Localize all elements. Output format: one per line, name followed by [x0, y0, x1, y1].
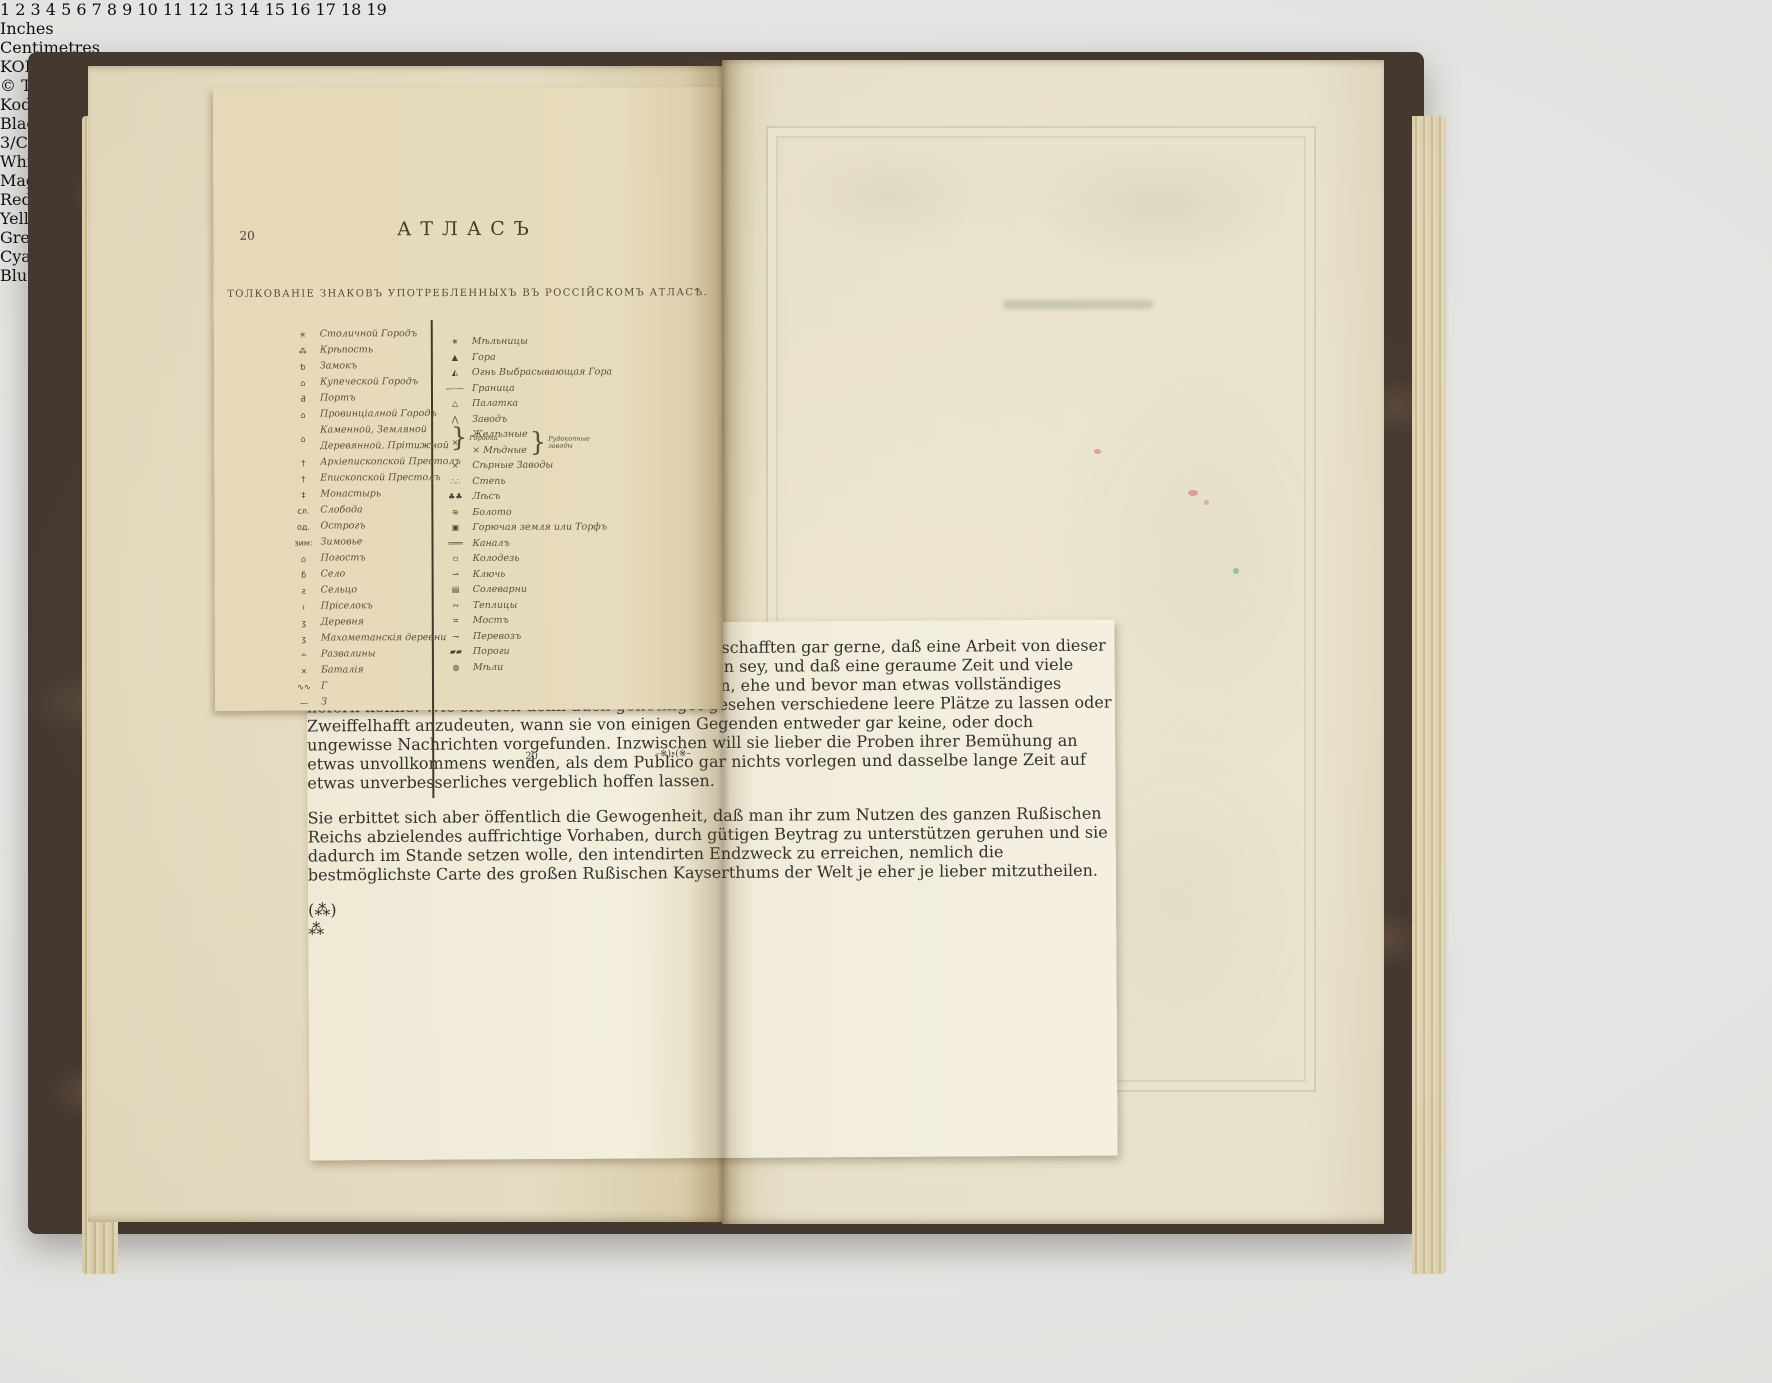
legend-label: Желѣзные [472, 427, 528, 443]
legend-symbol-icon: ⇀ [439, 570, 473, 579]
legend-label: Столичной Городъ [320, 326, 417, 342]
legend-symbol-icon: ▤ [439, 585, 473, 594]
legend-symbol-icon: ≍ [439, 616, 473, 625]
legend-item: × Желѣзные × Мѣдные } Рудокопные заводы [438, 426, 703, 458]
legend-symbol-icon: ◭ [438, 368, 472, 377]
red-mark [1204, 500, 1209, 505]
legend-item: ▲ Гора [438, 349, 703, 365]
legend-symbol-icon: ▲ [438, 353, 472, 362]
legend-symbol-icon: ʒ [287, 618, 321, 627]
legend-label: Епископской Престолъ [320, 470, 440, 486]
legend-symbol-icon: † [286, 474, 320, 483]
legend-label: Махометанскія деревни [321, 630, 447, 646]
legend-symbol-icon: ◍ [439, 663, 473, 672]
legend-label-2: × Мѣдные [472, 442, 528, 458]
legend-label: Огнь Выбрасывающая Гора [472, 364, 612, 380]
legend-symbol-icon: ▰▰ [439, 647, 473, 656]
legend-symbol-icon: ▣ [438, 523, 472, 532]
legend-label: Каменной, Земляной [320, 422, 449, 438]
legend-label: Болото [472, 504, 511, 520]
legend-label: Палатка [472, 396, 518, 412]
legend-label: Пріселокъ [321, 598, 373, 614]
legend-label: Деревня [321, 614, 364, 630]
brace-glyph: } [530, 427, 547, 457]
legend-label: Погостъ [321, 550, 366, 566]
legend-item: ▫ Колодезь [439, 550, 704, 566]
header-ornament: –※)∘(※– [625, 749, 721, 760]
brace-label: Рудокопные заводы [548, 435, 600, 449]
legend-symbol-icon: ♣♣ [438, 492, 472, 501]
scanned-book-photo: 20 –※)∘(※– Ubrigens bescheidet sich die … [0, 0, 1772, 1383]
legend-symbol-icon: ⋀ [438, 415, 472, 424]
legend-label: Степь [472, 473, 505, 489]
legend-label: Село [321, 566, 346, 582]
legend-label: Теплицы [473, 597, 518, 613]
red-mark [1188, 490, 1198, 496]
legend-symbol-icon: × [438, 461, 472, 470]
legend-item: ⇁ Перевозъ [439, 628, 704, 644]
legend-label: Горючая земля или Торфъ [472, 520, 607, 536]
legend-symbol-icon: ⌂ [286, 378, 320, 387]
page-subtitle: ТОЛКОВАНІЕ ЗНАКОВЪ УПОТРЕБЛЕННЫХЪ ВЪ РОС… [214, 287, 722, 300]
legend-label: Провинціалной Городъ [320, 406, 437, 422]
legend-item: ═══ Каналъ [438, 535, 703, 551]
legend-label: Колодезь [473, 551, 520, 567]
legend-symbol-icon: × [438, 438, 472, 447]
legend-item: — З [287, 694, 502, 711]
legend-symbol-icon: ƨ [287, 586, 321, 595]
legend-symbol-icon: ӡ [287, 634, 321, 643]
legend-label: Острогъ [320, 518, 365, 534]
legend-label: Ключь [473, 566, 506, 582]
legend-item: ◭ Огнь Выбрасывающая Гора [438, 364, 703, 380]
legend-label: Баталія [321, 662, 364, 678]
legend-symbol-icon: ✳ [286, 330, 320, 339]
legend-symbol-icon: ▫ [439, 554, 473, 563]
legend-label: Перевозъ [473, 628, 521, 644]
legend-symbol-icon: од. [286, 522, 320, 531]
german-paragraph: Sie erbittet sich aber öffentlich die Ge… [307, 804, 1115, 885]
legend-symbol-icon: ⌂ [286, 434, 320, 443]
legend-symbol-icon: ≋ [438, 508, 472, 517]
legend-label: Мостъ [473, 613, 509, 629]
legend-symbol-icon: ‡ [286, 490, 320, 499]
ghost-map-title [1003, 300, 1153, 309]
legend-symbol-icon: — [287, 698, 321, 707]
legend-item: ◍ Мѣли [439, 659, 704, 675]
legend-symbol-icon: зим: [286, 538, 320, 547]
legend-item: ⋀ Заводъ [438, 411, 703, 427]
legend-symbol-icon: ⌂ [286, 410, 320, 419]
legend-item: ∴∴ Степь [438, 473, 703, 489]
legend-symbol-icon: ⇁ [439, 632, 473, 641]
legend-item: ▤ Солеварни [439, 581, 704, 597]
legend-symbol-icon: ∴∴ [438, 477, 472, 486]
legend-label: Сѣрные Заводы [472, 458, 553, 474]
legend-label: Слобода [320, 502, 362, 518]
legend-label: Крѣпость [320, 342, 373, 358]
legend-item: ∾ Теплицы [439, 597, 704, 613]
page-stack-right-edge [1412, 116, 1446, 1274]
legend-symbol-icon: ∿∿ [287, 682, 321, 691]
legend-label: Пороги [473, 644, 510, 660]
legend-symbol-icon: ı [287, 602, 321, 611]
green-mark [1233, 568, 1239, 574]
insert-page-number: 20 [525, 751, 538, 762]
legend-symbol-icon: △ [438, 399, 472, 408]
legend-label: Г [321, 678, 327, 694]
legend-label: Замокъ [320, 358, 357, 374]
legend-label: Развалины [321, 646, 376, 662]
legend-item: ∿∿ Г [287, 678, 502, 695]
page-title: АТЛАСЪ [213, 217, 721, 241]
legend-label: Гора [472, 349, 496, 365]
legend-symbol-icon: ∗ [438, 337, 472, 346]
legend-item: ≍ Мостъ [439, 612, 704, 628]
legend-label: Мѣльницы [472, 334, 528, 350]
atlas-legend-sheet: 20 АТЛАСЪ ТОЛКОВАНІЕ ЗНАКОВЪ УПОТРЕБЛЕНН… [213, 87, 723, 711]
legend-item: —·— Граница [438, 380, 703, 396]
red-mark [1094, 449, 1101, 454]
legend-item: ≋ Болото [438, 504, 703, 520]
legend-label: Зимовье [320, 534, 362, 550]
legend-item: ▣ Горючая земля или Торфъ [438, 519, 703, 535]
legend-symbol-icon: ∸ [287, 650, 321, 659]
legend-symbol-icon: ∾ [439, 601, 473, 610]
legend-item: × Сѣрные Заводы [438, 457, 703, 473]
legend-label: Солеварни [473, 582, 527, 598]
legend-label: Купеческой Городъ [320, 374, 418, 390]
legend-label: Мѣли [473, 659, 503, 675]
finial-ornament: ⁂ [308, 915, 1116, 939]
legend-label: Лѣсъ [472, 489, 500, 505]
legend-label-2: Деревянной, Прітижной [320, 438, 449, 454]
legend-label: Граница [472, 380, 515, 396]
legend-symbol-icon: † [286, 458, 320, 467]
legend-label: Сельцо [321, 582, 358, 598]
legend-label: З [321, 694, 327, 710]
legend-label: Монастырь [320, 486, 381, 502]
legend-item: ∗ Мѣльницы [438, 333, 703, 349]
legend-symbol-icon: Ƌ [286, 394, 320, 403]
legend-symbol-icon: ⁂ [286, 346, 320, 355]
legend-symbol-icon: сл. [286, 506, 320, 515]
legend-label: Каналъ [472, 535, 509, 551]
legend-item: ▰▰ Пороги [439, 643, 704, 659]
inches-label: Inches [0, 19, 1772, 38]
legend-item: △ Палатка [438, 395, 703, 411]
legend-symbol-icon: ƅ [286, 362, 320, 371]
legend-symbol-icon: —·— [438, 384, 472, 393]
legend-symbol-icon: ⌂ [287, 554, 321, 563]
legend-symbol-icon: ═══ [438, 539, 472, 548]
legend-item: ⇀ Ключь [439, 566, 704, 582]
legend-label: Портъ [320, 390, 355, 406]
legend-label: Заводъ [472, 411, 507, 427]
legend-symbol-icon: ƃ [287, 570, 321, 579]
legend-symbol-icon: × [287, 666, 321, 675]
cm-numbers: 1 2 3 4 5 6 7 8 9 10 11 12 13 14 15 16 1… [0, 0, 1772, 19]
legend-column-right: ∗ Мѣльницы ▲ Гора [438, 333, 704, 675]
legend-item: ♣♣ Лѣсъ [438, 488, 703, 504]
